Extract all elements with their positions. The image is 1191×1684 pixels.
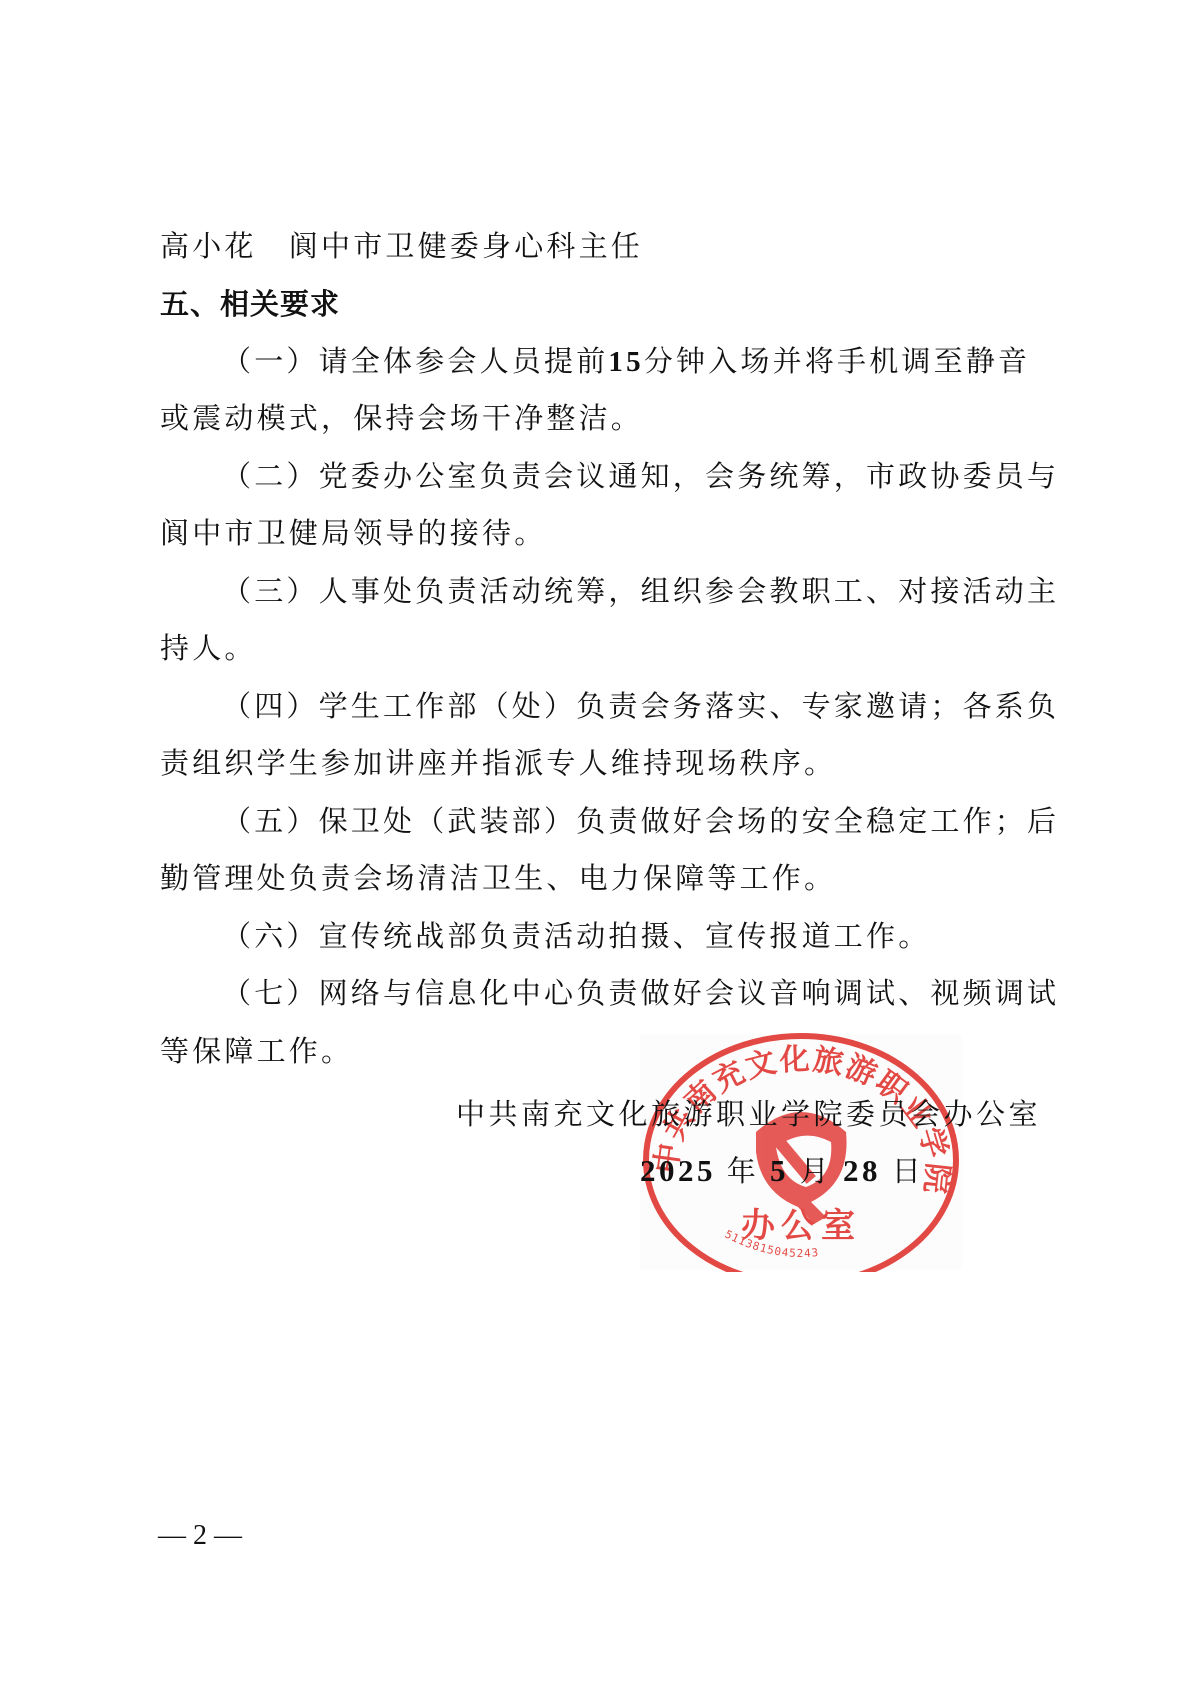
section-heading: 五、相关要求 xyxy=(160,284,1050,324)
req3-text-b: 持人。 xyxy=(160,631,257,665)
date-month: 5 xyxy=(770,1153,789,1188)
requirement-1-line-1: （一）请全体参会人员提前15分钟入场并将手机调至静音 xyxy=(222,341,1050,382)
req4-text-a: （四）学生工作部（处）负责会务落实、专家邀请；各系负 xyxy=(222,689,1059,723)
document-page: 高小花 阆中市卫健委身心科主任 五、相关要求 （一）请全体参会人员提前15分钟入… xyxy=(0,0,1191,1684)
svg-text:办公室: 办公室 xyxy=(741,1206,861,1246)
date-month-unit: 月 xyxy=(800,1156,833,1188)
issuing-organization: 中共南充文化旅游职业学院委员会办公室 xyxy=(456,1094,1041,1134)
heading-text: 五、相关要求 xyxy=(160,287,340,321)
date-year-unit: 年 xyxy=(727,1156,760,1188)
req1-text-a: （一）请全体参会人员提前 xyxy=(222,344,608,378)
req3-text-a: （三）人事处负责活动统筹，组织参会教职工、对接活动主 xyxy=(222,574,1059,608)
req2-text-b: 阆中市卫健局领导的接待。 xyxy=(160,516,546,550)
req6-text: （六）宣传统战部负责活动拍摄、宣传报道工作。 xyxy=(222,919,930,953)
req2-text-a: （二）党委办公室负责会议通知，会务统筹，市政协委员与 xyxy=(222,459,1059,493)
req7-text-b: 等保障工作。 xyxy=(160,1034,353,1068)
requirement-6-line-1: （六）宣传统战部负责活动拍摄、宣传报道工作。 xyxy=(222,916,1050,956)
requirement-7-line-1: （七）网络与信息化中心负责做好会议音响调试、视频调试 xyxy=(222,973,1050,1013)
req7-text-a: （七）网络与信息化中心负责做好会议音响调试、视频调试 xyxy=(222,976,1059,1010)
page-number: — 2 — xyxy=(158,1518,242,1554)
organization-name: 中共南充文化旅游职业学院委员会办公室 xyxy=(456,1097,1041,1131)
req5-text-a: （五）保卫处（武装部）负责做好会场的安全稳定工作；后 xyxy=(222,804,1059,838)
issue-date: 2025 年 5 月 28 日 xyxy=(640,1151,924,1192)
date-day: 28 xyxy=(843,1153,881,1188)
requirement-3-line-1: （三）人事处负责活动统筹，组织参会教职工、对接活动主 xyxy=(222,571,1050,611)
req5-text-b: 勤管理处负责会场清洁卫生、电力保障等工作。 xyxy=(160,861,836,895)
req1-text-b: 分钟入场并将手机调至静音 xyxy=(644,344,1030,378)
requirement-5-line-2: 勤管理处负责会场清洁卫生、电力保障等工作。 xyxy=(160,858,1050,898)
requirement-2-line-2: 阆中市卫健局领导的接待。 xyxy=(160,513,1050,553)
requirement-4-line-2: 责组织学生参加讲座并指派专人维持现场秩序。 xyxy=(160,743,1050,783)
speaker-line: 高小花 阆中市卫健委身心科主任 xyxy=(160,226,1050,266)
requirement-1-line-2: 或震动模式，保持会场干净整洁。 xyxy=(160,398,1050,438)
req1-number: 15 xyxy=(608,346,643,378)
date-year: 2025 xyxy=(640,1153,716,1188)
requirement-2-line-1: （二）党委办公室负责会议通知，会务统筹，市政协委员与 xyxy=(222,456,1050,496)
requirement-3-line-2: 持人。 xyxy=(160,628,1050,668)
requirement-4-line-1: （四）学生工作部（处）负责会务落实、专家邀请；各系负 xyxy=(222,686,1050,726)
requirement-5-line-1: （五）保卫处（武装部）负责做好会场的安全稳定工作；后 xyxy=(222,801,1050,841)
speaker-text: 高小花 阆中市卫健委身心科主任 xyxy=(160,229,643,263)
req1-text-c: 或震动模式，保持会场干净整洁。 xyxy=(160,401,643,435)
req4-text-b: 责组织学生参加讲座并指派专人维持现场秩序。 xyxy=(160,746,836,780)
date-day-unit: 日 xyxy=(892,1156,925,1188)
